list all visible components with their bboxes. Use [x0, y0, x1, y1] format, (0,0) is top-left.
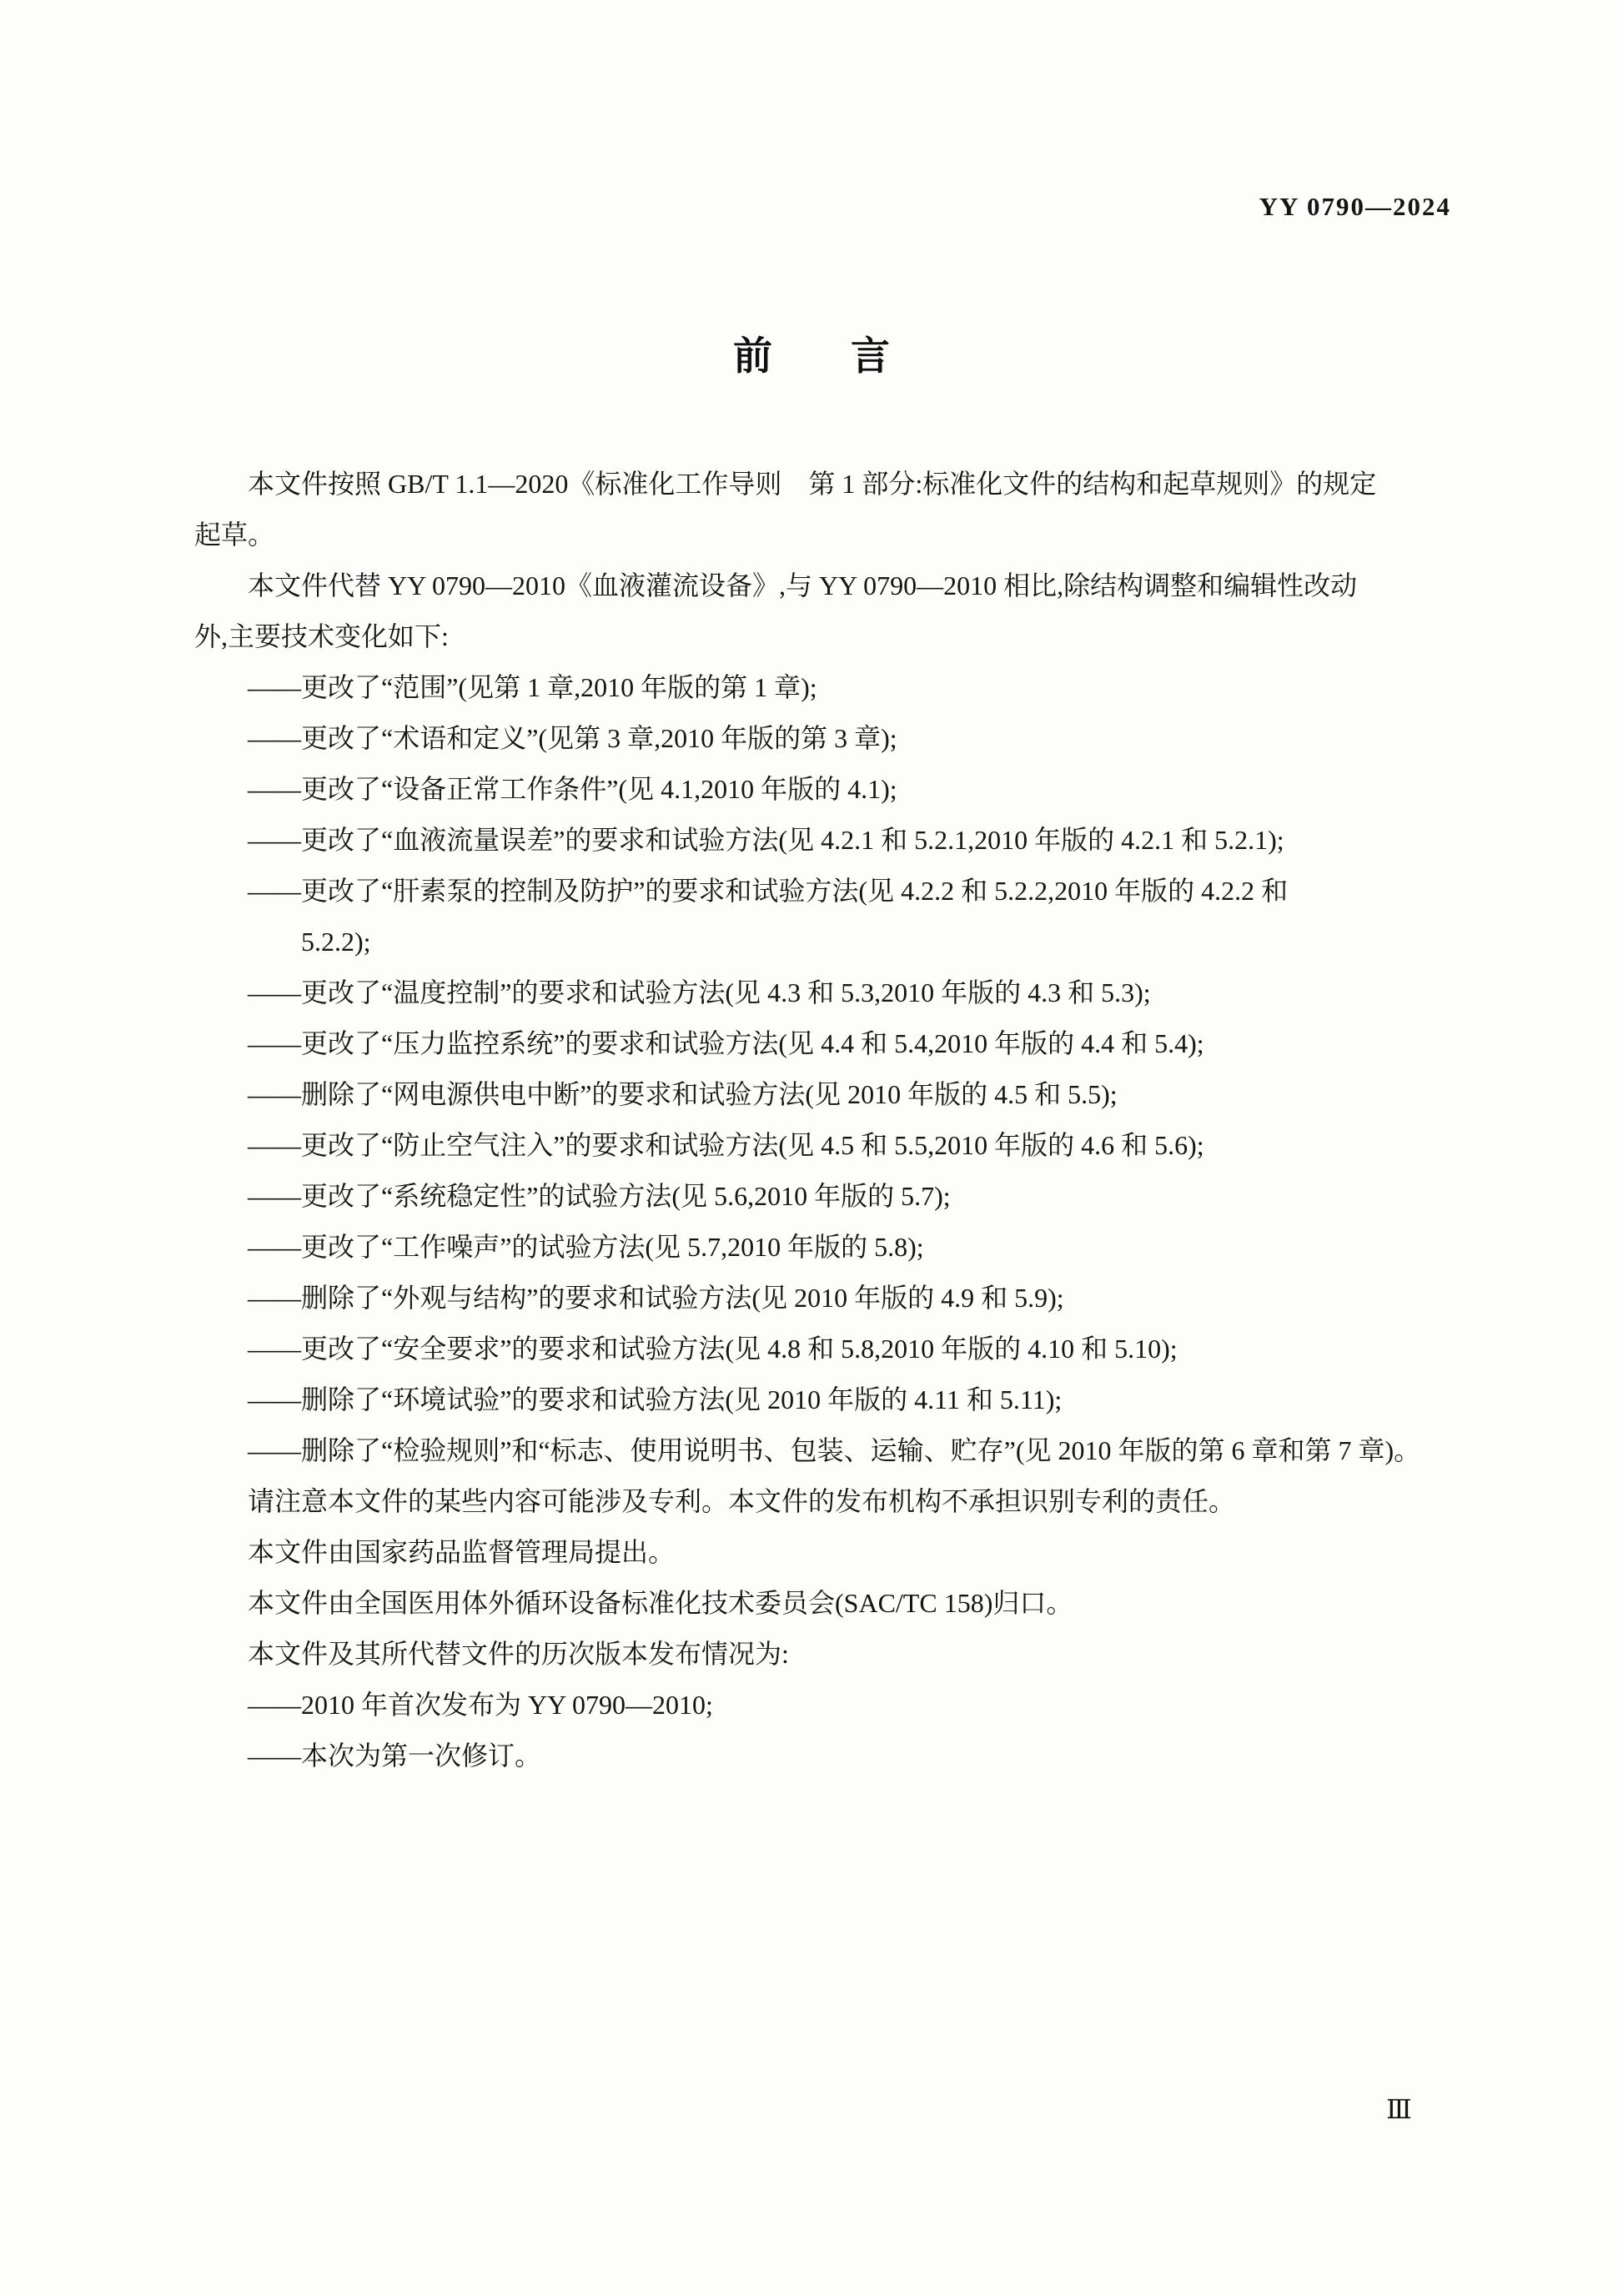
text-line: ——更改了“系统稳定性”的试验方法(见 5.6,2010 年版的 5.7); — [248, 1181, 951, 1211]
history-item: ——2010 年首次发布为 YY 0790—2010; — [194, 1680, 1455, 1731]
foreword-paragraph-replaces: 本文件代替 YY 0790—2010《血液灌流设备》,与 YY 0790—201… — [194, 560, 1455, 662]
text-line: ——2010 年首次发布为 YY 0790—2010; — [248, 1690, 713, 1720]
foreword-paragraph-patent: 请注意本文件的某些内容可能涉及专利。本文件的发布机构不承担识别专利的责任。 — [194, 1476, 1455, 1527]
text-line: 5.2.2); — [301, 927, 371, 957]
text-line: 本文件代替 YY 0790—2010《血液灌流设备》,与 YY 0790—201… — [248, 570, 1357, 600]
standard-number: YY 0790—2024 — [1259, 192, 1451, 222]
text-line: 本文件按照 GB/T 1.1—2020《标准化工作导则 第 1 部分:标准化文件… — [248, 469, 1376, 499]
text-line: ——更改了“肝素泵的控制及防护”的要求和试验方法(见 4.2.2 和 5.2.2… — [248, 876, 1288, 906]
foreword-paragraph-centralized-by: 本文件由全国医用体外循环设备标准化技术委员会(SAC/TC 158)归口。 — [194, 1578, 1455, 1629]
foreword-body: 本文件按照 GB/T 1.1—2020《标准化工作导则 第 1 部分:标准化文件… — [194, 459, 1455, 1781]
text-line: ——删除了“外观与结构”的要求和试验方法(见 2010 年版的 4.9 和 5.… — [248, 1283, 1064, 1313]
text-line: 外,主要技术变化如下: — [194, 621, 449, 651]
text-line: ——更改了“血液流量误差”的要求和试验方法(见 4.2.1 和 5.2.1,20… — [248, 825, 1284, 855]
change-item: ——更改了“血液流量误差”的要求和试验方法(见 4.2.1 和 5.2.1,20… — [194, 815, 1455, 866]
text-line: ——更改了“设备正常工作条件”(见 4.1,2010 年版的 4.1); — [248, 774, 897, 804]
change-item: ——更改了“术语和定义”(见第 3 章,2010 年版的第 3 章); — [194, 713, 1455, 764]
change-item: ——删除了“环境试验”的要求和试验方法(见 2010 年版的 4.11 和 5.… — [194, 1374, 1455, 1425]
change-item: ——更改了“温度控制”的要求和试验方法(见 4.3 和 5.3,2010 年版的… — [194, 967, 1455, 1018]
document-page: YY 0790—2024 前 言 本文件按照 GB/T 1.1—2020《标准化… — [0, 0, 1623, 2296]
change-item: ——删除了“网电源供电中断”的要求和试验方法(见 2010 年版的 4.5 和 … — [194, 1069, 1455, 1120]
text-line: ——删除了“检验规则”和“标志、使用说明书、包装、运输、贮存”(见 2010 年… — [248, 1435, 1420, 1465]
history-item: ——本次为第一次修订。 — [194, 1731, 1455, 1781]
foreword-paragraph-history-intro: 本文件及其所代替文件的历次版本发布情况为: — [194, 1629, 1455, 1680]
change-item: ——更改了“肝素泵的控制及防护”的要求和试验方法(见 4.2.2 和 5.2.2… — [194, 866, 1455, 967]
page-title: 前 言 — [0, 325, 1623, 381]
change-item: ——更改了“设备正常工作条件”(见 4.1,2010 年版的 4.1); — [194, 764, 1455, 815]
change-item: ——更改了“范围”(见第 1 章,2010 年版的第 1 章); — [194, 662, 1455, 713]
text-line: ——更改了“压力监控系统”的要求和试验方法(见 4.4 和 5.4,2010 年… — [248, 1028, 1204, 1058]
text-line: 起草。 — [194, 520, 274, 550]
change-item: ——更改了“工作噪声”的试验方法(见 5.7,2010 年版的 5.8); — [194, 1222, 1455, 1273]
foreword-paragraph-proposed-by: 本文件由国家药品监督管理局提出。 — [194, 1527, 1455, 1578]
text-line: ——更改了“范围”(见第 1 章,2010 年版的第 1 章); — [248, 672, 817, 702]
change-item: ——更改了“压力监控系统”的要求和试验方法(见 4.4 和 5.4,2010 年… — [194, 1018, 1455, 1069]
change-item: ——删除了“外观与结构”的要求和试验方法(见 2010 年版的 4.9 和 5.… — [194, 1273, 1455, 1324]
text-line: ——本次为第一次修订。 — [248, 1741, 541, 1771]
text-line: ——更改了“工作噪声”的试验方法(见 5.7,2010 年版的 5.8); — [248, 1232, 924, 1262]
text-line: ——更改了“温度控制”的要求和试验方法(见 4.3 和 5.3,2010 年版的… — [248, 977, 1151, 1007]
page-number: Ⅲ — [1386, 2093, 1412, 2125]
text-line: ——更改了“安全要求”的要求和试验方法(见 4.8 和 5.8,2010 年版的… — [248, 1334, 1178, 1364]
text-line: ——更改了“防止空气注入”的要求和试验方法(见 4.5 和 5.5,2010 年… — [248, 1130, 1204, 1160]
text-line: ——删除了“网电源供电中断”的要求和试验方法(见 2010 年版的 4.5 和 … — [248, 1079, 1118, 1109]
change-item: ——更改了“系统稳定性”的试验方法(见 5.6,2010 年版的 5.7); — [194, 1171, 1455, 1222]
text-line: ——更改了“术语和定义”(见第 3 章,2010 年版的第 3 章); — [248, 723, 897, 753]
change-item: ——删除了“检验规则”和“标志、使用说明书、包装、运输、贮存”(见 2010 年… — [194, 1425, 1455, 1476]
text-line: ——删除了“环境试验”的要求和试验方法(见 2010 年版的 4.11 和 5.… — [248, 1384, 1062, 1414]
change-item: ——更改了“防止空气注入”的要求和试验方法(见 4.5 和 5.5,2010 年… — [194, 1120, 1455, 1171]
change-item: ——更改了“安全要求”的要求和试验方法(见 4.8 和 5.8,2010 年版的… — [194, 1324, 1455, 1374]
foreword-paragraph-drafting: 本文件按照 GB/T 1.1—2020《标准化工作导则 第 1 部分:标准化文件… — [194, 459, 1455, 560]
